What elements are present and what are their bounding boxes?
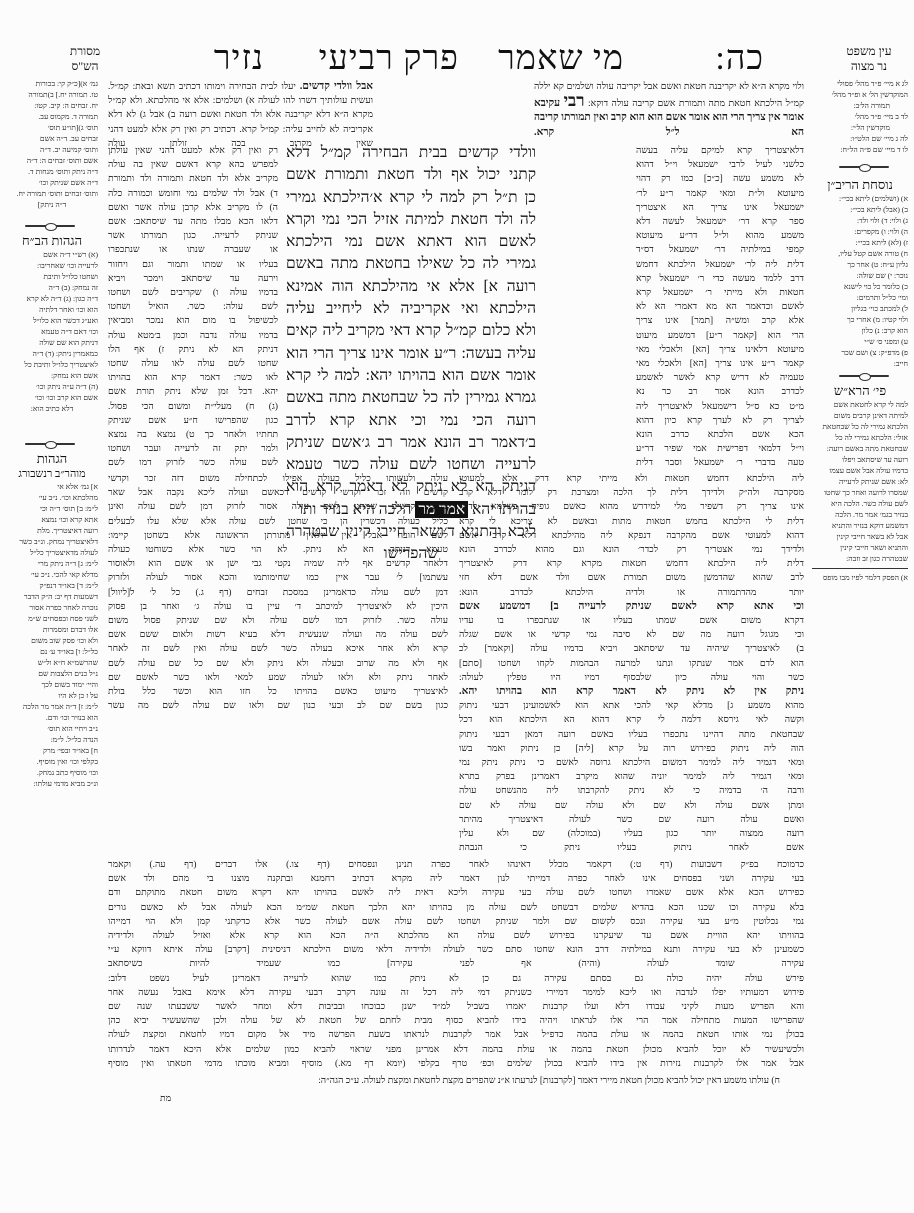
ornamental-divider [20,440,80,448]
ein-mishpat-line: לו ד מיי׳ שם פ״ה הל״ח: [818,144,908,155]
commentary-line: (ג) ח) מעלי״ת ומשום הכי פסול. [108,400,278,414]
commentary-line: קרא ולא אחר איכא בעולה כשר לשם עולה ואין… [108,642,448,656]
maharab-line: ל״מ: ב] תוס׳ ד״ה וכי [6,503,98,514]
maharab-line: ל״מ: ד] באו״ד דנפ״ק [6,580,98,591]
gemara-line: אומר אשם הוא בהויתו יהא: למה לי קרא [286,365,536,387]
gemara-line: קתני יכול אף ולד חטאת ותמורת אשם [286,164,536,186]
commentary-line: לאיצטריך מיעוט כאשם בהויתו כל חזו הוא וכ… [108,685,448,699]
commentary-line: דלית לי הילכתא בחמש חטאות מתות ובאשם לא … [459,515,804,529]
commentary-line: לאחר ניתק ולא ולאו לעולה שמע למאי ולאו כ… [108,671,448,685]
commentary-line: עולה כשר. לזרוק דמו לשם עולה ולא שם שנית… [108,614,448,628]
commentary-line: והא הפריש מעות לקיני עבודו דלא ועלו קרבנ… [108,1000,804,1014]
commentary-line: משמע מהוא ול״ל דר״ע מיעוטא [636,229,804,243]
maharab-line: הנדה כל״ל. ל״מ: [6,734,98,745]
rabbi-akiva-heading: רבי [564,91,585,110]
gemara-line: לאשם הוא דאתא אשם נמי הילכתא [286,231,536,253]
maharab-line: רועה דאיצטריך. מלת [6,525,98,536]
ein-mishpat-label: עין משפט [834,44,904,59]
commentary-line: טעמיה לא דריש קרא לאשר לאשמע [636,371,804,385]
pi-harosh-title: פי׳ הרא״ש [812,382,908,399]
commentary-line: דהוא למעוטי אשם מהקרבה דנפקא ליה מהילכתא… [459,529,804,543]
bach-line: לרעייה וכו׳ שאחריבו: [6,260,98,271]
nusach-line: ע) ומפני ס׳ ש״י [812,336,908,347]
daf-number: כה: [715,42,764,76]
gemara-line: כן ת״ל רק למה לי קרא א׳הילכתא גמירי [286,187,536,209]
gemara-line: ולא כלום קמ״ל קרא דאי מקריב ליה קאים [286,320,536,342]
commentary-line: ה) לו מקריב אלא קרבן עולה אשר ואשם [108,201,278,215]
masoret-line: ותוס׳ זבחים ותוס׳ תמורה יח. [6,188,98,199]
tosafot-top-block: אבל וולדי קדשים. יעלו לבית הבחירה וימותו… [108,80,373,151]
commentary-line: דלית ליה לר׳ ישמעאל הילכתא דחמש [636,258,804,272]
commentary-line: הוא לדם אמר שנתקו ונתנו למרעה הבהמות לקח… [459,657,804,671]
ein-mishpat-heading: עין משפט נר מצוה [834,44,904,74]
pi-harosh-line: רועה עד שיסתאב ויפלו [812,454,908,465]
commentary-line: דלאו הכא מבלו מתה עד שיסתאב: אשם [108,215,278,229]
commentary-line: ניתק אין לא ניתק לא דאמר קרא הוא בהויתו … [459,685,804,699]
pi-harosh-line: שמסרו לרועה ואחר כך שחטו [812,487,908,498]
bach-line: הוא וכו׳ ואחר דלתיה [6,304,98,315]
commentary-line: לצריך רק לא לערך קרא כיון דהוא [636,414,804,428]
commentary-line: לאו כשר: דאמר קרא הוא בהויתו [108,371,278,385]
nusach-line: ומי׳ כל״ל ותרמים: [812,292,908,303]
commentary-line: יהא. דכל זמן שלא ניתק תורת אשם [108,385,278,399]
commentary-line: הוה ליה ניתוק כפירוש רוה על קרא [ליה] כן… [459,742,804,756]
commentary-line: קמפי במילתיה דר׳ ישמעאל דס״ד [636,243,804,257]
commentary-line: קאמר ר״ע אינו צריך [הא] ולאכלי מאי [636,357,804,371]
maharab-line: לשני פסח ובפסחים ש״מ [6,613,98,624]
masoret-line: גמ׳ א)[כ״ק קי: בכורות [6,78,98,89]
commentary-line: לשם עולה מה ועולה שנעשית דלא בעיא רשות ו… [108,628,448,642]
commentary-line: טעה בדברי ר׳ ישמעאל וסבר דלית [636,456,804,470]
commentary-line: או שעברה שנתו או שנתכפרו [108,243,278,257]
gemara-line: רועה הכי נמי וכי אתא קרא לדרב [286,410,536,432]
masoret-line: תוס׳ ג)[תו״ע תוס׳ [6,122,98,133]
commentary-line: וי״ל דלמאי דפרישית אמי שפיר דר״ע [636,442,804,456]
masoret-line: אשם ותוס׳ זבחים ה: ד״ה [6,155,98,166]
masoret-line: ד״ה ניתק ותוס׳ מנחות ד. [6,166,98,177]
bach-line: לאיצטריך כלו״ל ותיבת כל [6,359,98,370]
commentary-line: כשמעינן לא בעי עקירה ותנא במילתיה דרב הו… [108,943,804,957]
maharab-line: וכו׳ מוסיף כתב נמחק. [6,767,98,778]
commentary-line: אלא קרב ומש״ה [תמר] אינו צריך [636,314,804,328]
nusach-line: פ) מדפ״ק: צ) ושם שכר [812,347,908,358]
commentary-line: עקירה שומד לעולה (והיה) אף לפני עקירה] כ… [108,957,804,971]
commentary-line: לאשם וכדאמר הא מא דאמרי הא לא [636,300,804,314]
hagahah-footnote: ח) עולתו משמע דאין יכול להביא מכולן חטאת… [160,1074,780,1088]
maharab-line: על ז כן לא היו [6,690,98,701]
gemara-line: גמרא גמירין לה כל שבחטאת מתה באשם [286,387,536,409]
commentary-line: תחתיו ולאחר כך ט) נמצא בה נמצא [108,428,278,442]
maharab-line: מהלכתא וכו׳. נ״ב עי׳ [6,492,98,503]
commentary-line: רק ואין רק אלא למעט דהני שאין עולתן [108,144,278,158]
pi-harosh-line: אבל לא בשאר חייבי קינין [812,531,908,542]
gemara-line: עליה בעשה: ר״ע אומר אינו צריך הרי הוא [286,343,536,365]
commentary-lower-right: ליה הילכתא דחמש חטאות ולא מייתי קרא דרק … [459,472,804,855]
commentary-line: שהפרישו המעות מתחילה אמר הרי אלו לנראתו … [108,1014,804,1028]
masoret-line: ד״ה אשם שניתק וכו׳ [6,177,98,188]
commentary-line: חטאות ולא מייתי ר׳ ישמעאל קרא [636,286,804,300]
maharab-line: הוא בנזיר וכו׳ ודם. [6,712,98,723]
commentary-line: עולה ולעשותו כליל כעולה אפילו לכתחילה מש… [108,472,448,486]
commentary-line: בלא עקירה וכו שכנו הכא בהדיא שלמים דבשחט… [108,901,804,915]
maharab-line: שהרשמ״א ח״א ול״ש [6,657,98,668]
commentary-line: ד) אבל ולד שלמים נמי וחומש וכמורה כלה [108,187,278,201]
masoret-line: ותוס׳ קמיעה יב. ד״ה [6,144,98,155]
gemara-line: גמירי לה כל שאילו בחטאת מתה באשם [286,253,536,275]
ornamental-divider [834,372,894,380]
hashas-label: הש"ס [55,59,115,74]
bach-line: אשם הוא נמחק: [6,370,98,381]
bach-line: דניתק הוא שם שולה [6,337,98,348]
masoret-line: ד״ה ניתק] [6,199,98,210]
pi-harosh-line: בדמיו עולה אבל אשם עצמו [812,465,908,476]
commentary-line: מ״ט כא ס״ל דישמעאל לאיצטריך ליה [636,400,804,414]
nusach-line: ב) (אבל) ליתא בכי״: [812,204,908,215]
pi-harosh: פי׳ הרא״ש למה לי קרא לחטאת אשם למיתה דאי… [812,382,908,583]
commentary-line: שניתק לרעייה. כגון תמורתו אשר [108,229,278,243]
maharab-line: נ״ל כנים הלצבות שם [6,668,98,679]
commentary-right-column: דלאיצטריך קרא למיקם עליה בעשה כלשני לעיל… [636,144,804,471]
commentary-line: וכי אתא קרא לאשם שניתק לרעייה ב] דמשמע א… [459,600,804,614]
catchword: מת [160,1092,171,1106]
ein-mishpat-line: לה ג מיי׳ שם הלט״ו: [818,133,908,144]
nusach-line: ה) ולוי: ו) מקפרים: [812,226,908,237]
commentary-line: אשם לאחר ניתוק בעליו ניתק כי הנבהת [459,841,804,855]
pi-harosh-line: והתניא ושאר חייבי קינין [812,542,908,553]
ein-mishpat-line: לג א מיי׳ פ״ד מהל׳ פסולי [818,78,908,89]
ein-mishpat-line: תמורה הל׳ב: [818,100,908,111]
masoret-line: תמורה ד. מקמוס עב. [6,111,98,122]
maharab-line: ולא וכו׳ פסק שוב משום [6,635,98,646]
maharab-line: ונ״כ מביא מדמי עולתו: [6,778,98,789]
commentary-line: ומתן אשם עולה ולא שם ולא עולה שם עולה לא… [459,799,804,813]
commentary-line: מקריב אלא ולד חטאת ותמורה ולד ותמורת [108,172,278,186]
commentary-line: כשר והוי עולה כיון שלבסוף דמיו היו טפלין… [459,671,804,685]
commentary-line: קדשים וזה זכר וקדשי קדשים דכאשם ועולה לי… [108,486,448,500]
rashi-top-block: ולוי מקרא ה״א לא יקריבנה חטאת ואשם אבל י… [534,80,804,140]
ein-mishpat-line: המוקדשין הל׳ א ופ״ד מהל׳ [818,89,908,100]
maharab-line: אלו דבדם ומסמרות [6,624,98,635]
nusach-haribban-title: נוסחת הריב״ן [812,176,908,193]
tosafot-top-text: יעלו לבית הבחירה וימותו דכתיב תשא ובאת: … [108,82,373,149]
commentary-line: כפירוש הכא אלא אשם שאמרו ושחטו לשם עולה … [108,886,804,900]
nusach-line: ולוי קטיו: מ) אחרי כך [812,314,908,325]
commentary-left-column: רק ואין רק אלא למעט דהני שאין עולתן למפר… [108,144,278,471]
masoret-line: יח. זבחים ה: קיב. קטו: [6,100,98,111]
pi-harosh-line: הלכתא גמירי לה כל שבחטאת [812,421,908,432]
nusach-line: ל) למכתב כוי׳ בגליון [812,303,908,314]
ner-mitzvah-label: נר מצוה [834,59,904,74]
chapter-name: מי שאמר [498,42,624,76]
gemara-line: הילכתא ואי אקריביה לא ליחייב עליה [286,298,536,320]
nusach-line: חייב: [812,358,908,369]
commentary-line: בעי עקירה ושני בפסחים אינו לאחר כפרה דמי… [108,872,804,886]
ein-mishpat-line: מוקדשין הל׳י: [818,122,908,133]
commentary-line: ולמר יתק זה לרעייה ועבר ושחטו [108,442,278,456]
gemara-line: רועה א] אלא אי מהילכתא הוה אמינא [286,276,536,298]
bach-line: ד״ה כגון: (ג) ד״ה לא קרא [6,293,98,304]
masoret-line: טו. תמורה יח.] ב)תמורה [6,89,98,100]
ornamental-divider [20,222,80,230]
pi-harosh-footnote: א) הפסק דלמר לפיו מבו מופס [812,568,908,583]
commentary-line: לרב שהוא שהדמשן משום תמורת אשם וולד אשם … [459,571,804,585]
maharab-line: אתא קרא וכו׳ נמצא [6,514,98,525]
bach-line: (ה) ד״ה ע״ה ניתק וכו׳ [6,381,98,392]
maharab-line: א] גמ׳ אלא אי [6,481,98,492]
pi-harosh-line: למיתה דאינן קרבים משום [812,410,908,421]
commentary-line: ורבה ה׳ בדמיה כי לא ניתק להקרבתו ליה מהנ… [459,784,804,798]
commentary-line: רועה ממצוה יותר כגון בעליו (במוכלה) שם ו… [459,827,804,841]
bach-line: דלא כתיב הוא: [6,403,98,414]
commentary-line: ולדידך נמי אצטריך רק לכדר׳ הונא וגם מהוא… [459,543,804,557]
maharab-line: דשמעות דף יב: ה״ק הדבר [6,591,98,602]
pi-harosh-line: למה לי קרא לחטאת אשם [812,399,908,410]
commentary-line: למפרש בהא קרא דאשם שאין בה עולה [108,158,278,172]
commentary-line: לא משמע עשה [כ״כ] כמו רק דהוי [636,172,804,186]
commentary-line: בדמיו עולה ו) שקריבים לשם ושחטו [108,286,278,300]
commentary-line: פירוש דמעותיו יפלו לנדבה ואו ליכא למימר … [108,986,804,1000]
hagahot-habach-title: הגהות הב״ח [6,232,98,249]
commentary-line: ליה הילכתא דחמש חטאות ולא מייתי קרא דרק … [459,472,804,486]
commentary-line: טעמא דניתק הא לא ניתק. לא הוי כשר אלא כש… [108,543,448,557]
nusach-line: ז) (לא) ליתא בכי״: [812,237,908,248]
maharab-line: כל״ל: ו] באו״ד ע׳ נם [6,646,98,657]
maharab-line: דלאיצטריך נמחק. ונ״ב כשר [6,536,98,547]
nusach-line: גליון ע״ח: ט) אחר כך [812,259,908,270]
commentary-line: הכא אשם הלכתא כדרב הונא [636,428,804,442]
commentary-lower-left: עולה ולעשותו כליל כעולה אפילו לכתחילה מש… [108,472,448,713]
commentary-line: לשם עולה כשר לזרוק דמו לשם [108,456,278,470]
commentary-line: הרי הוא [קאמר ר״ע] דמשמע מיעוט [636,329,804,343]
commentary-line: לכשיפול בו מום הוא נמכר ומביאין [108,314,278,328]
commentary-line: ישמעאל אינו צריך הא איצטריך [636,201,804,215]
commentary-line: בהוויתו יהא הוויית אשם עד שיעקרנו בפירוש… [108,929,804,943]
perek-title: פרק רביעי [319,42,459,76]
commentary-line: בכולן נמי אותו חטאת בהמה או עולת בהמה כד… [108,1028,804,1042]
commentary-line: אף ולא מה שרוב ובעלה ולא ניתק ולא שם כל … [108,657,448,671]
gemara-line: לה ולד חטאת למיתה אזיל הכי נמי וקרא [286,209,536,231]
commentary-bottom: כדמוכח בפ״ק דשבועות (דף ט:) דקאמר מכלל ד… [108,858,804,1071]
commentary-line: דלית ליה הילכתא דחמש חטאות מקרא קרא דרק … [459,557,804,571]
commentary-line: ב) לאיצטריך שיהיה עד שיסתאב ויביא בדמיו … [459,642,804,656]
commentary-line: לשם עולה: כשר. הואיל ושחטו [108,300,278,314]
commentary-line: כלשני לעיל לרבי ישמעאל וי״ל דהוא [636,158,804,172]
maharab-line: ל״מ: ז] ד״ה אמר מר הלכה [6,701,98,712]
commentary-line: אינו צריך רק דשפיר מלי למידרש מהוא כאשם … [459,500,804,514]
commentary-line: בעליו או שמתו ותמור וגם ויחזור [108,258,278,272]
commentary-line: מיעוטא דלאינו צריך [הא] ולאכלי מאי [636,343,804,357]
commentary-line: כגון בשם שם לב ובעי כנון שם ולאו שם עולה… [108,699,448,713]
bach-line: זה נמחק: (ב) ד״ה [6,282,98,293]
commentary-line: אבל אמר אלו לקרבנות נזירות אין בידו להבי… [108,1057,804,1071]
commentary-line: וכי מגוגל רועה מה שם לא סיבה נמי קדשי או… [459,628,804,642]
nusach-line: כ) כלומר כל כוי לישנא [812,281,908,292]
maharab-line: ל״מ: ג] ד״ה ניתק מרי [6,558,98,569]
pi-harosh-line: דמשמע דוקא בנזיר והתניא [812,520,908,531]
bach-line: כמאמרין ניתק: (ד) ד״ה [6,348,98,359]
commentary-line: מהוא משמע ג] מדלא קאי להכי אתא הוא לאשמו… [459,699,804,713]
bach-line: ואע״ג דכשר הוא כלו״ל [6,315,98,326]
masoret-hashas: גמ׳ א)[כ״ק קי: בכורות טו. תמורה יח.] ב)ת… [6,78,98,210]
masoret-heading: מסורת הש"ס [55,44,115,74]
ein-mishpat-line: לד ב מיי׳ פ״ד מהל׳ [818,111,908,122]
masoret-line: זבחים עב. ד״ה אשם [6,133,98,144]
nusach-haribban: נוסחת הריב״ן א) (ושלמים) ליתא בכי״: ב) (… [812,176,908,369]
hagahot-subtitle: מוהר״ב רנשבורג [6,467,98,481]
pi-harosh-line: אזלי: הלכתא גמירי לה כל [812,432,908,443]
bach-line: (א) רש״י ד״ה אשם [6,249,98,260]
maharab-line: נוכרה לאחר כפרה אסור [6,602,98,613]
bach-line: ושחטו כלו״ל ותיבת [6,271,98,282]
commentary-line: בדמיו עולה נדבה וכמן ב׳מטא עולה [108,329,278,343]
commentary-line: שחטו לשם עולה לאו עולה שחטו [108,357,278,371]
commentary-line: יותר מהדתמורה או ולדיה הילכתא לכדרב הונא… [459,586,804,600]
maharab-line: נ״ב ויחיי הוא תוס׳ [6,723,98,734]
commentary-line: ואשם עולה רועה שם כשר לעולה דאיצטריך מהי… [459,813,804,827]
pi-harosh-line: בנזיר בגמ׳ אמר מר. הלכה [812,509,908,520]
nusach-line: ח) טורה אשם קטל עליו, [812,248,908,259]
commentary-line: שבחטאת מתה דהיינו נתכפרו בעליו באשם רועה… [459,728,804,742]
commentary-line: וקשה לאי גירסא דלמה לי קרא דהוא הא הילכת… [459,713,804,727]
commentary-line: עשתמו] ל׳ עבר איין כמו שחימותמו והכא אסו… [108,571,448,585]
commentary-line: ספר קרא דר׳ ישמעאל לעשה דלא [636,215,804,229]
commentary-line: כליל כעולה דכשרין הן כי שחטן לשם עולה אל… [108,515,448,529]
nusach-line: ג) ולוי: ד) ולוי ולד: [812,215,908,226]
ornamental-divider [834,163,894,171]
commentary-line: ולכשיעשיר לא יוכל להביא מכולן חטאת בהמה … [108,1043,804,1057]
commentary-line: דרב ללמד מעשה כדי ר׳ ישמעאל קרא [636,272,804,286]
commentary-line: דלאחר קדשים אף ליה שמיה נקטי גבי ישן או … [108,557,448,571]
commentary-line: דקרא משום אשם שמתו בעליו או שנתכפרו בו ע… [459,614,804,628]
commentary-line: מיעוטא ול״ת ומאי קאמר ר״ע לר׳ [636,187,804,201]
commentary-line: נמי נכלוטין מ״ע בעי עקירה ונכס לקשום שם … [108,915,804,929]
commentary-line: וירעה עד שיסתאב וימכר ויביא [108,272,278,286]
pi-harosh-line: שבחטאת מתה באשם רועה: [812,443,908,454]
hagahot-title: הגהות [6,450,98,467]
commentary-line: לכדרב הונא אמר רב כר נא [636,385,804,399]
commentary-line: דמן לשם עולה כדאמרינן במסכת זבחים (דף ג.… [108,586,448,600]
nusach-line: נוכר: י) שם שולה: [812,270,908,281]
pi-harosh-line: שבטהרה כגון זב וזבה: [812,553,908,564]
maharab-line: לעולה מדאיצטריך כל״ל [6,547,98,558]
commentary-line: כדמוכח בפ״ק דשבועות (דף ט:) דקאמר מכלל ד… [108,858,804,872]
ein-mishpat: לג א מיי׳ פ״ד מהל׳ פסולי המוקדשין הל׳ א … [818,78,908,155]
commentary-line: כגון שהפרישו ח״ע אשם שניתק [108,414,278,428]
maharab-line: בקלפי וכו׳ ואין מוסיף. [6,756,98,767]
maharab-line: ח] באו״ד ובפי׳ מרק [6,745,98,756]
commentary-line: קדשי קדשים שמתנן לשם עולה אסור לזרוק דמן… [108,500,448,514]
bach-line: וכו׳ דאם ד״ה טעמא [6,326,98,337]
nusach-line: א) (ושלמים) ליתא בכי״: [812,193,908,204]
hagahot-habach: הגהות הב״ח (א) רש״י ד״ה אשם לרעייה וכו׳ … [6,232,98,414]
pi-harosh-line: לא: אשם שניתק לרעייה [812,476,908,487]
commentary-line: לשם חובה אבל אין יולאין מתורתן הראשונה א… [108,529,448,543]
maharab-line: והיי׳ ימוד בשום לכך [6,679,98,690]
bach-line: אשם הוא קרב וכו׳ וכו׳ [6,392,98,403]
commentary-line: ומאי דגמיר ליה למימר דמשום הילכתא גרוסה … [459,756,804,770]
masoret-label: מסורת [55,44,115,59]
commentary-line: פירש עולה יהיה כולה גם בסתם עקירה גם כן … [108,972,804,986]
gemara-line: ב׳דאמר רב הונא אמר רב ג׳אשם שניתק [286,432,536,454]
commentary-line: דלאיצטריך קרא למיקם עליה בעשה [636,144,804,158]
gemara-line: וולדי קדשים בבית הבחירה קמ״ל דלא [286,142,536,164]
commentary-line: היכין לא לאיצטריך למיכתב ד׳ עיין בו עולה… [108,600,448,614]
tractate-title: נזיר [214,42,264,76]
hagahot-maharab: הגהות מוהר״ב רנשבורג א] גמ׳ אלא אי מהלכת… [6,450,98,789]
commentary-line: מסקרבה ולה״ק ולדידך דלית לך הלכה ומצרכת … [459,486,804,500]
maharab-line: מדלא קאי להכי. נ״כ עי׳ [6,569,98,580]
tosafot-dibbur-hamatchil: אבל וולדי קדשים. [300,81,373,92]
commentary-line: דניתק הא לא ניתק ז) אף הלו [108,343,278,357]
commentary-line: ומאי דגמיר ליה למימר יוניה שהוא מיקרב דא… [459,770,804,784]
nusach-line: הוא קרב: נ) כלון [812,325,908,336]
pi-harosh-line: לשם עולה כשר. הלכה היא [812,498,908,509]
